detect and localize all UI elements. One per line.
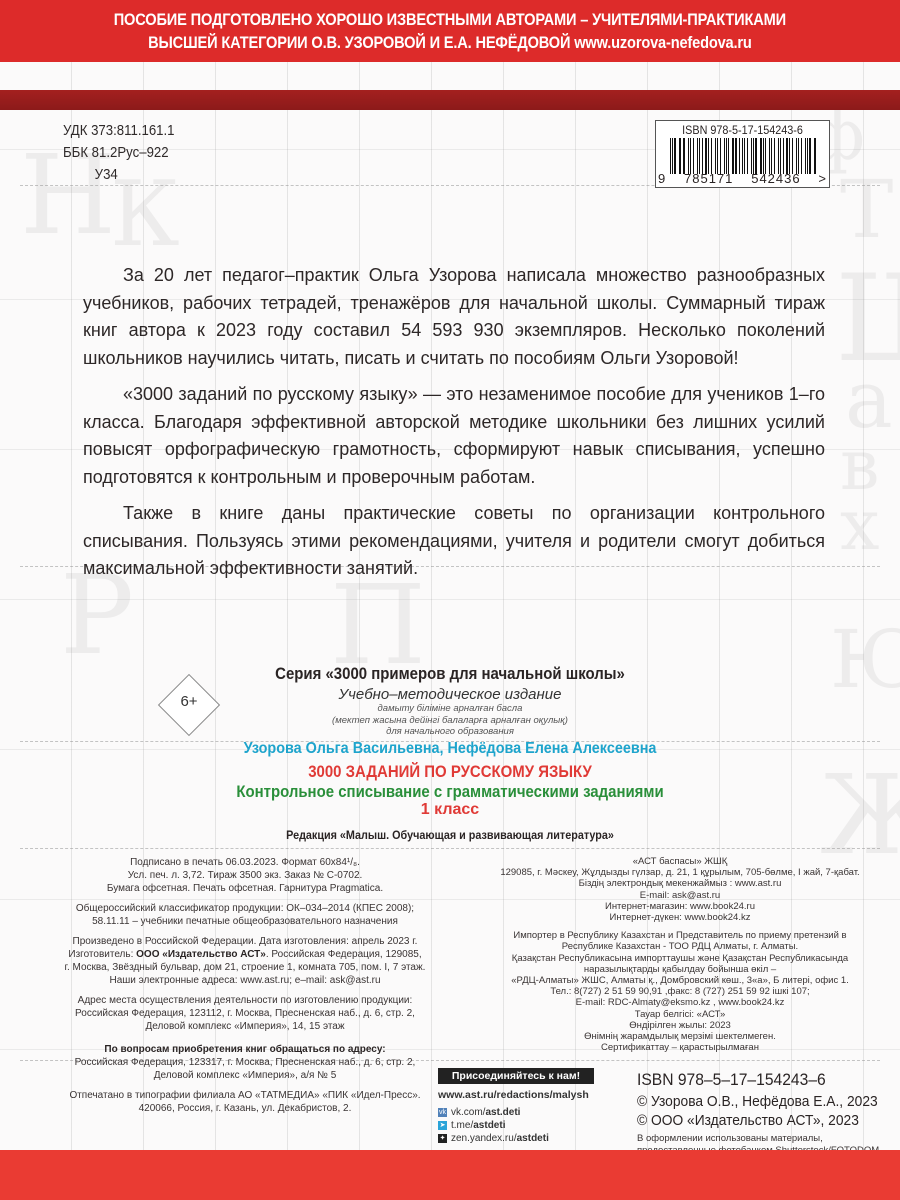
social-handle: astdeti bbox=[473, 1120, 505, 1131]
divider bbox=[20, 848, 880, 849]
book-subtitle: Контрольное списывание с грамматическими… bbox=[186, 782, 714, 802]
ean-arrow: > bbox=[818, 171, 827, 186]
redaction-link[interactable]: www.ast.ru/redactions/malysh bbox=[438, 1089, 594, 1101]
background-letter: Ю bbox=[830, 620, 900, 700]
manufacturer-line: Произведено в Российской Федерации. Дата… bbox=[40, 935, 450, 948]
importer-line: Өнімнің жарамдылық мерзімі шектелмеген. bbox=[470, 1031, 890, 1042]
bottom-banner bbox=[0, 1150, 900, 1200]
kz-publisher-line: E-mail: ask@ast.ru bbox=[470, 890, 890, 901]
imprint-kazakh: «АСТ баспасы» ЖШҚ 129085, г. Мәскеу, Жұл… bbox=[470, 856, 890, 1060]
print-info-line: Усл. печ. л. 3,72. Тираж 3500 экз. Заказ… bbox=[40, 869, 450, 882]
production-site-line: Адрес места осуществления деятельности п… bbox=[40, 994, 450, 1007]
printer-line: Отпечатано в типографии филиала АО «ТАТМ… bbox=[40, 1089, 450, 1102]
importer-line: «РДЦ-Алматы» ЖШС, Алматы қ., Домбровский… bbox=[470, 975, 890, 986]
kz-publisher-line: Біздің электрондық мекенжаймыз : www.ast… bbox=[470, 878, 890, 889]
ean-first-digit: 9 bbox=[658, 171, 666, 186]
manufacturer-prefix: Изготовитель: bbox=[68, 949, 136, 960]
edition-type: Учебно–методическое издание bbox=[180, 686, 720, 703]
background-letter: Т bbox=[840, 170, 893, 250]
ean-digits: 9 785171 542436 > bbox=[658, 171, 827, 186]
kz-publisher-line: Интернет-магазин: www.book24.ru bbox=[470, 901, 890, 912]
kz-publisher-line: 129085, г. Мәскеу, Жұлдызды гүлзар, д. 2… bbox=[470, 867, 890, 878]
production-site-line: Деловой комплекс «Империя», 14, 15 этаж bbox=[40, 1020, 450, 1033]
copyright-authors: © Узорова О.В., Нефёдова Е.А., 2023 bbox=[637, 1093, 878, 1110]
banner-line-1: ПОСОБИЕ ПОДГОТОВЛЕНО ХОРОШО ИЗВЕСТНЫМИ А… bbox=[114, 8, 786, 31]
background-letter: х bbox=[840, 490, 879, 560]
social-link-vk[interactable]: vk vk.com/ast.deti bbox=[438, 1106, 594, 1119]
importer-line: Өндірілген жылы: 2023 bbox=[470, 1020, 890, 1031]
purchase-address-line: Деловой комплекс «Империя», а/я № 5 bbox=[40, 1069, 450, 1082]
importer-line: Тауар белгісі: «АСТ» bbox=[470, 1009, 890, 1020]
zen-icon: ✦ bbox=[438, 1134, 447, 1143]
author-sign-code: У34 bbox=[63, 164, 175, 186]
importer-line: Сертификаттау – қарастырылмаған bbox=[470, 1042, 890, 1053]
join-us-block: Присоединяйтесь к нам! www.ast.ru/redact… bbox=[438, 1068, 594, 1145]
manufacturer-name: ООО «Издательство АСТ» bbox=[136, 949, 266, 960]
background-letter: в bbox=[840, 430, 879, 500]
importer-line: Тел.: 8(727) 2 51 59 90,91 ,факс: 8 (727… bbox=[470, 986, 890, 997]
book-grade: 1 класс bbox=[150, 801, 750, 819]
vk-icon: vk bbox=[438, 1108, 447, 1117]
classifier-line: 58.11.11 – учебники печатные общеобразов… bbox=[40, 915, 450, 928]
ean-group-1: 785171 bbox=[684, 171, 733, 186]
kz-publisher-line: Интернет-дүкен: www.book24.kz bbox=[470, 912, 890, 923]
manufacturer-line: Изготовитель: ООО «Издательство АСТ». Ро… bbox=[40, 948, 450, 961]
join-us-label: Присоединяйтесь к нам! bbox=[438, 1068, 594, 1084]
telegram-icon: ➤ bbox=[438, 1121, 447, 1130]
social-prefix: zen.yandex.ru/ bbox=[451, 1133, 517, 1144]
social-link-telegram[interactable]: ➤ t.me/astdeti bbox=[438, 1119, 594, 1132]
purchase-address-line: Российская Федерация, 123317, г. Москва,… bbox=[40, 1056, 450, 1069]
background-letter: а bbox=[845, 360, 893, 440]
importer-line: Республике Казахстан - ТОО РДЦ Алматы, г… bbox=[470, 941, 890, 952]
background-letter: Ж bbox=[820, 760, 900, 870]
edition-kz-line-2: (мектеп жасына дейінгі балаларға арналға… bbox=[180, 715, 720, 727]
banner-line-2: ВЫСШЕЙ КАТЕГОРИИ О.В. УЗОРОВОЙ И Е.А. НЕ… bbox=[148, 31, 752, 54]
top-banner: ПОСОБИЕ ПОДГОТОВЛЕНО ХОРОШО ИЗВЕСТНЫМИ А… bbox=[0, 0, 900, 62]
manufacturer-line: Наши электронные адреса: www.ast.ru; e–m… bbox=[40, 974, 450, 987]
background-letter: Ш bbox=[835, 260, 900, 380]
purchase-heading: По вопросам приобретения книг обращаться… bbox=[40, 1043, 450, 1056]
editorial-office: Редакция «Малыш. Обучающая и развивающая… bbox=[180, 828, 720, 842]
barcode-isbn-label: ISBN 978-5-17-154243-6 bbox=[665, 123, 821, 137]
social-handle: astdeti bbox=[517, 1133, 549, 1144]
social-prefix: vk.com/ bbox=[451, 1107, 485, 1118]
kz-publisher-line: «АСТ баспасы» ЖШҚ bbox=[470, 856, 890, 867]
classifier-line: Общероссийский классификатор продукции: … bbox=[40, 902, 450, 915]
importer-line: E-mail: RDC-Almaty@eksmo.kz , www.book24… bbox=[470, 997, 890, 1008]
printer-line: 420066, Россия, г. Казань, ул. Декабрист… bbox=[40, 1102, 450, 1115]
classification-codes: УДК 373:811.161.1 ББК 81.2Рус–922 У34 bbox=[63, 120, 175, 186]
series-info: Серия «3000 примеров для начальной школы… bbox=[180, 664, 720, 738]
social-link-zen[interactable]: ✦ zen.yandex.ru/astdeti bbox=[438, 1132, 594, 1145]
importer-line: Қазақстан Республикасына импорттаушы жән… bbox=[470, 953, 890, 964]
copyright-publisher: © ООО «Издательство АСТ», 2023 bbox=[637, 1112, 859, 1129]
barcode-icon bbox=[670, 138, 818, 174]
social-prefix: t.me/ bbox=[451, 1120, 473, 1131]
production-site-line: Российская Федерация, 123112, г. Москва,… bbox=[40, 1007, 450, 1020]
edition-ru-line: для начального образования bbox=[180, 726, 720, 738]
importer-line: наразылықтарды қабылдау бойынша өкіл – bbox=[470, 964, 890, 975]
purchase-heading-text: По вопросам приобретения книг обращаться… bbox=[104, 1044, 385, 1055]
dark-stripe bbox=[0, 90, 900, 110]
description-paragraph: «3000 заданий по русскому языку» — это н… bbox=[83, 381, 825, 491]
series-title: Серия «3000 примеров для начальной школы… bbox=[212, 664, 687, 684]
edition-kz-line-1: дамыту біліміне арналған басла bbox=[180, 703, 720, 715]
social-handle: ast.deti bbox=[485, 1107, 520, 1118]
ean-group-2: 542436 bbox=[751, 171, 800, 186]
description-paragraph: За 20 лет педагог–практик Ольга Узорова … bbox=[83, 262, 825, 372]
imprint-russian: Подписано в печать 06.03.2023. Формат 60… bbox=[40, 856, 450, 1122]
isbn-number: ISBN 978–5–17–154243–6 bbox=[637, 1070, 826, 1090]
print-info-line: Бумага офсетная. Печать офсетная. Гарнит… bbox=[40, 882, 450, 895]
manufacturer-line: г. Москва, Звёздный бульвар, дом 21, стр… bbox=[40, 961, 450, 974]
importer-line: Импортер в Республику Казахстан и Предст… bbox=[470, 930, 890, 941]
bbk-code: ББК 81.2Рус–922 bbox=[63, 142, 175, 164]
book-title: 3000 ЗАДАНИЙ ПО РУССКОМУ ЯЗЫКУ bbox=[186, 762, 714, 782]
manufacturer-suffix: . Российская Федерация, 129085, bbox=[266, 949, 422, 960]
book-description: За 20 лет педагог–практик Ольга Узорова … bbox=[83, 262, 825, 592]
book-authors: Узорова Ольга Васильевна, Нефёдова Елена… bbox=[180, 740, 720, 758]
description-paragraph: Также в книге даны практические советы п… bbox=[83, 500, 825, 583]
print-info-line: Подписано в печать 06.03.2023. Формат 60… bbox=[40, 856, 450, 869]
udk-code: УДК 373:811.161.1 bbox=[63, 120, 175, 142]
isbn-barcode: ISBN 978-5-17-154243-6 9 785171 542436 > bbox=[655, 120, 830, 188]
